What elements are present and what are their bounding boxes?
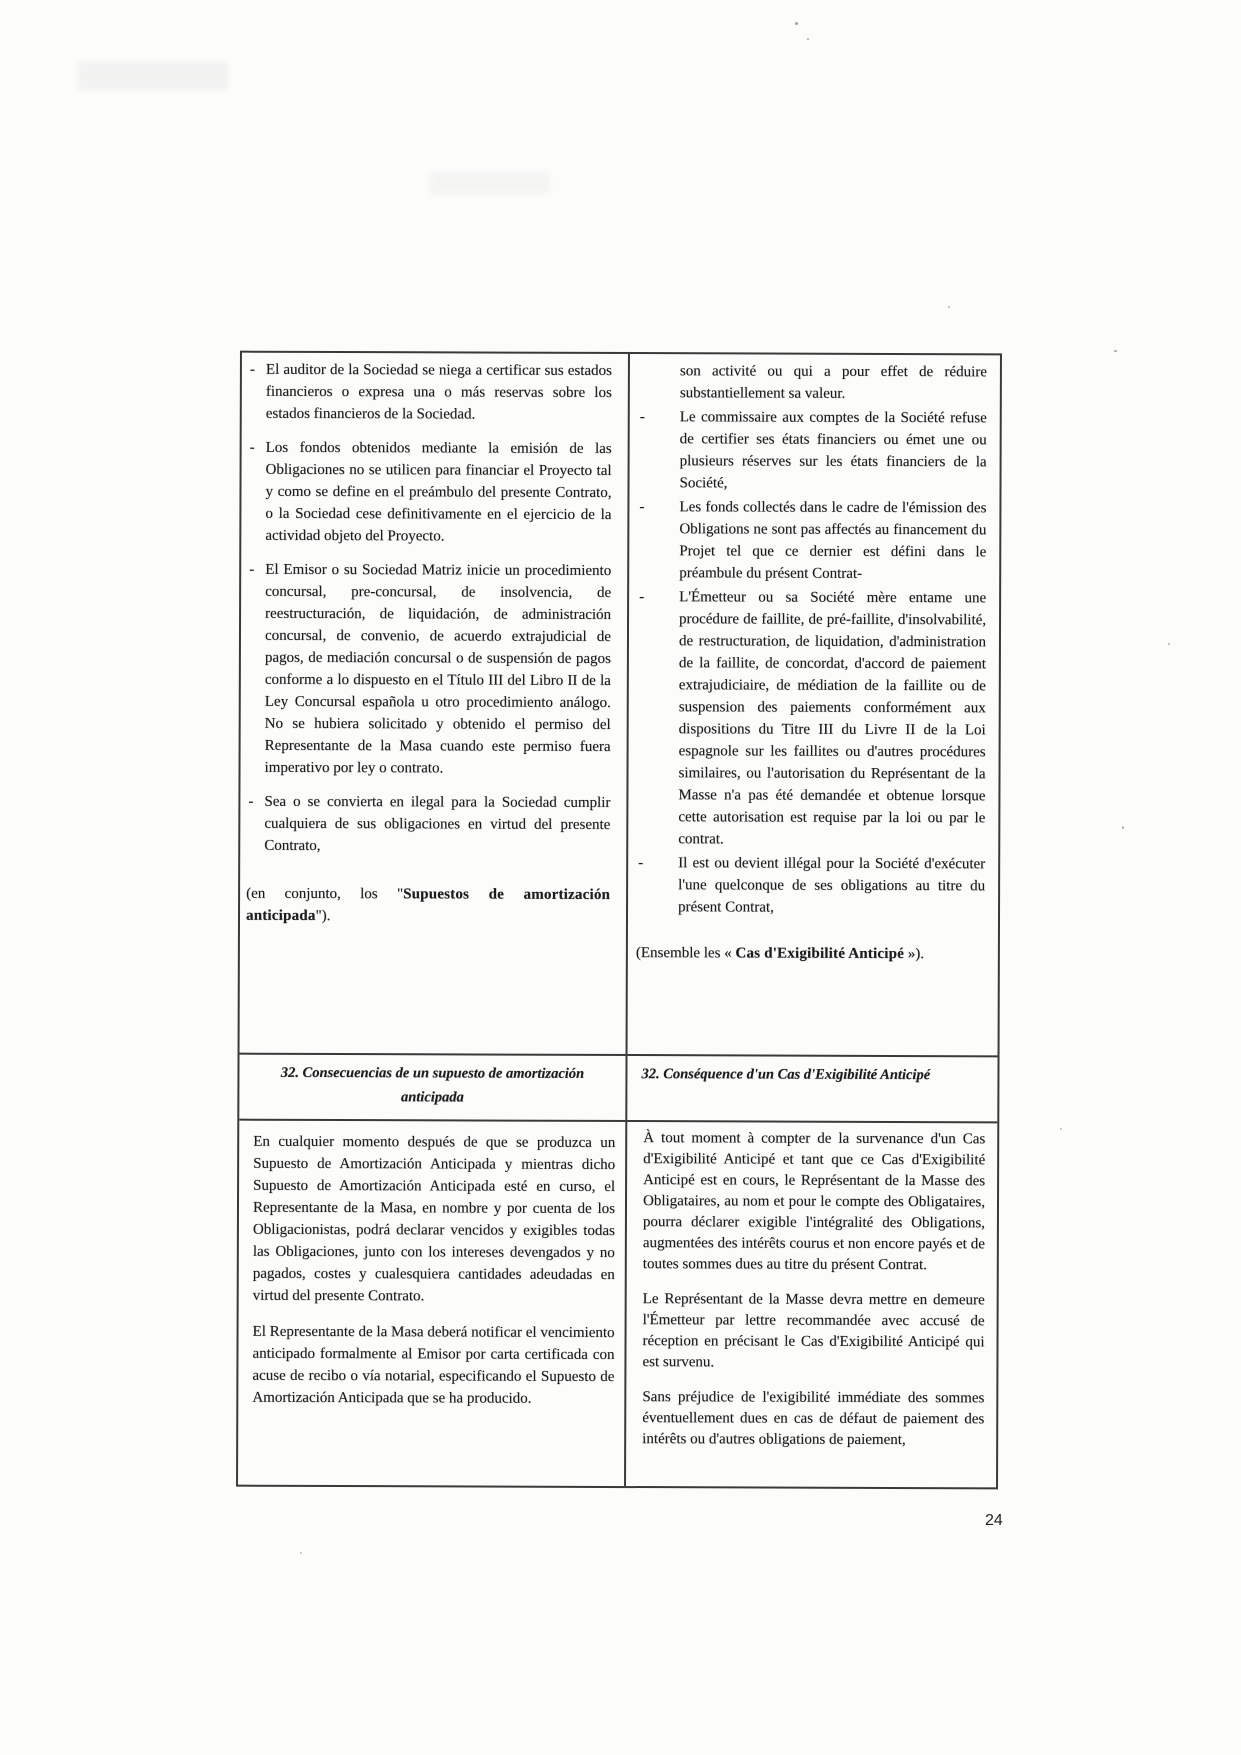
body-paragraph: El Representante de la Masa deberá notif… — [252, 1321, 614, 1410]
cell-events-spanish: - El auditor de la Sociedad se niega a c… — [240, 353, 630, 1054]
scan-smudge — [78, 62, 228, 90]
list-item: - Los fondos obtenidos mediante la emisi… — [241, 437, 627, 548]
bilingual-contract-table: - El auditor de la Sociedad se niega a c… — [236, 351, 1002, 1490]
closing-suffix: "). — [316, 908, 331, 924]
scan-speck — [1114, 350, 1117, 352]
body-paragraph: En cualquier momento después de que se p… — [253, 1131, 616, 1308]
scan-speck — [807, 38, 809, 40]
bullet-text: Le commissaire aux comptes de la Société… — [679, 406, 999, 495]
table-row-events: - El auditor de la Sociedad se niega a c… — [240, 353, 1000, 1056]
dash-bullet-marker: - — [248, 791, 264, 857]
bullet-text: El Emisor o su Sociedad Matriz inicie un… — [264, 559, 627, 780]
dash-bullet-marker: - — [249, 437, 265, 547]
bullet-text: El auditor de la Sociedad se niega a cer… — [266, 359, 628, 426]
closing-prefix: (Ensemble les « — [636, 945, 736, 961]
list-item: - El Emisor o su Sociedad Matriz inicie … — [240, 559, 627, 780]
list-item: - Les fonds collectés dans le cadre de l… — [629, 496, 999, 585]
bullet-text: Sea o se convierta en ilegal para la Soc… — [264, 791, 626, 858]
body-paragraph: Le Représentant de la Masse devra mettre… — [642, 1289, 984, 1374]
list-item: - L'Émetteur ou sa Société mère entame u… — [628, 586, 999, 851]
scan-speck — [1060, 1128, 1062, 1130]
bullet-text: Les fonds collectés dans le cadre de l'é… — [679, 496, 999, 585]
list-item: - Sea o se convierta en ilegal para la S… — [240, 791, 626, 858]
dash-bullet-marker: - — [638, 852, 678, 918]
cell-events-french: son activité ou qui a pour effet de rédu… — [628, 354, 1000, 1055]
list-item: - Le commissaire aux comptes de la Socié… — [629, 406, 999, 495]
dash-bullet-marker: - — [639, 406, 679, 494]
page-number: 24 — [985, 1512, 1003, 1530]
body-paragraph: À tout moment à compter de la survenance… — [643, 1128, 986, 1276]
closing-suffix: »). — [904, 946, 924, 962]
dash-bullet-marker: - — [250, 359, 266, 425]
scan-speck — [1168, 643, 1170, 645]
table-row-headings: 32. Consecuencias de un supuesto de amor… — [239, 1053, 997, 1122]
scan-speck — [948, 306, 950, 308]
section-heading-es: 32. Consecuencias de un supuesto de amor… — [239, 1055, 627, 1120]
cell-consequences-french: À tout moment à compter de la survenance… — [626, 1122, 997, 1487]
dash-bullet-marker: - — [639, 496, 679, 584]
scan-speck — [300, 1552, 302, 1554]
bullet-text: Il est ou devient illégal pour la Sociét… — [678, 852, 998, 919]
closing-prefix: (en conjunto, los " — [246, 886, 403, 903]
table-row-consequences: En cualquier momento después de que se p… — [238, 1119, 997, 1488]
scan-speck — [1122, 826, 1124, 829]
bullet-text: Los fondos obtenidos mediante la emisión… — [265, 437, 627, 548]
defined-term-paragraph-es: (en conjunto, los "Supuestos de amortiza… — [246, 883, 610, 928]
section-heading-fr: 32. Conséquence d'un Cas d'Exigibilité A… — [627, 1056, 997, 1121]
list-item: - El auditor de la Sociedad se niega a c… — [242, 359, 628, 426]
body-paragraph: Sans préjudice de l'exigibilité immédiat… — [642, 1387, 984, 1451]
dash-bullet-marker: - — [638, 586, 679, 850]
carryover-paragraph: son activité ou qui a pour effet de rédu… — [680, 360, 987, 405]
scan-speck — [795, 22, 798, 25]
scanned-contract-page: - El auditor de la Sociedad se niega a c… — [0, 0, 1241, 1755]
defined-term-paragraph-fr: (Ensemble les « Cas d'Exigibilité Antici… — [636, 942, 985, 965]
dash-bullet-marker: - — [248, 559, 265, 779]
cell-consequences-spanish: En cualquier momento después de que se p… — [238, 1121, 627, 1486]
bullet-text: L'Émetteur ou sa Société mère entame une… — [678, 586, 999, 851]
list-item: - Il est ou devient illégal pour la Soci… — [628, 852, 998, 919]
defined-term-bold: Cas d'Exigibilité Anticipé — [735, 945, 904, 962]
scan-smudge — [430, 172, 550, 194]
